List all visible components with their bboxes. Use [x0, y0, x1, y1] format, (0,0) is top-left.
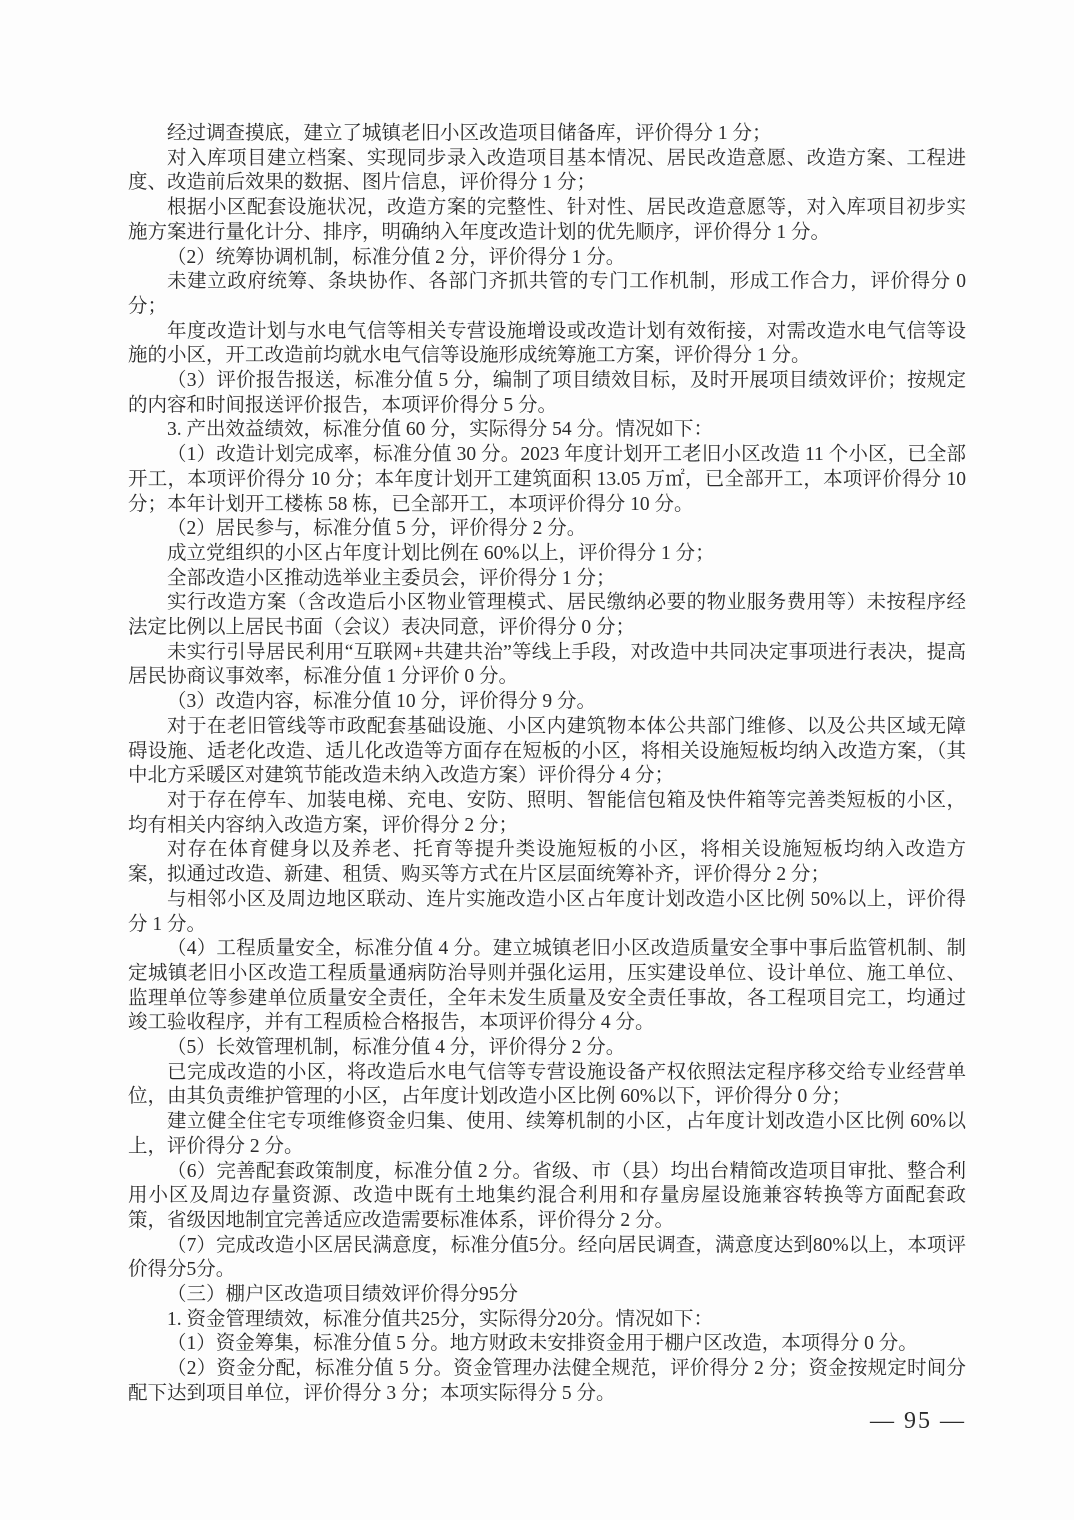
paragraph: 对于存在停车、加装电梯、充电、安防、照明、智能信包箱及快件箱等完善类短板的小区，… [128, 789, 966, 838]
paragraph: 1. 资金管理绩效，标准分值共25分，实际得分20分。情况如下： [128, 1308, 966, 1333]
paragraph: （2）居民参与，标准分值 5 分，评价得分 2 分。 [128, 517, 966, 542]
paragraph: 年度改造计划与水电气信等相关专营设施增设或改造计划有效衔接，对需改造水电气信等设… [128, 320, 966, 369]
paragraph: 对入库项目建立档案、实现同步录入改造项目基本情况、居民改造意愿、改造方案、工程进… [128, 147, 966, 196]
paragraph: 根据小区配套设施状况，改造方案的完整性、针对性、居民改造意愿等，对入库项目初步实… [128, 196, 966, 245]
paragraph: （4）工程质量安全，标准分值 4 分。建立城镇老旧小区改造质量安全事中事后监管机… [128, 937, 966, 1036]
paragraph: （三）棚户区改造项目绩效评价得分95分 [128, 1283, 966, 1308]
paragraph: 建立健全住宅专项维修资金归集、使用、续筹机制的小区，占年度计划改造小区比例 60… [128, 1110, 966, 1159]
paragraph: 成立党组织的小区占年度计划比例在 60%以上，评价得分 1 分； [128, 542, 966, 567]
paragraph: 未建立政府统筹、条块协作、各部门齐抓共管的专门工作机制，形成工作合力，评价得分 … [128, 270, 966, 319]
page-number: — 95 — [870, 1406, 966, 1436]
paragraph: 全部改造小区推动选举业主委员会，评价得分 1 分； [128, 567, 966, 592]
paragraph: （2）资金分配，标准分值 5 分。资金管理办法健全规范，评价得分 2 分；资金按… [128, 1357, 966, 1406]
paragraph: 未实行引导居民利用“互联网+共建共治”等线上手段，对改造中共同决定事项进行表决，… [128, 641, 966, 690]
document-page: 经过调查摸底，建立了城镇老旧小区改造项目储备库，评价得分 1 分；对入库项目建立… [0, 0, 1074, 1520]
document-body: 经过调查摸底，建立了城镇老旧小区改造项目储备库，评价得分 1 分；对入库项目建立… [128, 122, 966, 1407]
paragraph: 经过调查摸底，建立了城镇老旧小区改造项目储备库，评价得分 1 分； [128, 122, 966, 147]
paragraph: 3. 产出效益绩效，标准分值 60 分，实际得分 54 分。情况如下： [128, 418, 966, 443]
paragraph: （3）改造内容，标准分值 10 分，评价得分 9 分。 [128, 690, 966, 715]
paragraph: 已完成改造的小区，将改造后水电气信等专营设施设备产权依照法定程序移交给专业经营单… [128, 1061, 966, 1110]
paragraph: （7）完成改造小区居民满意度，标准分值5分。经向居民调查，满意度达到80%以上，… [128, 1234, 966, 1283]
paragraph: （2）统筹协调机制，标准分值 2 分，评价得分 1 分。 [128, 246, 966, 271]
paragraph: （1）改造计划完成率，标准分值 30 分。2023 年度计划开工老旧小区改造 1… [128, 443, 966, 517]
paragraph: （3）评价报告报送，标准分值 5 分，编制了项目绩效目标，及时开展项目绩效评价；… [128, 369, 966, 418]
paragraph: （1）资金筹集，标准分值 5 分。地方财政未安排资金用于棚户区改造，本项得分 0… [128, 1332, 966, 1357]
paragraph: 对于在老旧管线等市政配套基础设施、小区内建筑物本体公共部门维修、以及公共区域无障… [128, 715, 966, 789]
paragraph: 对存在体育健身以及养老、托育等提升类设施短板的小区，将相关设施短板均纳入改造方案… [128, 838, 966, 887]
paragraph: 与相邻小区及周边地区联动、连片实施改造小区占年度计划改造小区比例 50%以上，评… [128, 888, 966, 937]
paragraph: （5）长效管理机制，标准分值 4 分，评价得分 2 分。 [128, 1036, 966, 1061]
paragraph: （6）完善配套政策制度，标准分值 2 分。省级、市（县）均出台精简改造项目审批、… [128, 1160, 966, 1234]
paragraph: 实行改造方案（含改造后小区物业管理模式、居民缴纳必要的物业服务费用等）未按程序经… [128, 591, 966, 640]
